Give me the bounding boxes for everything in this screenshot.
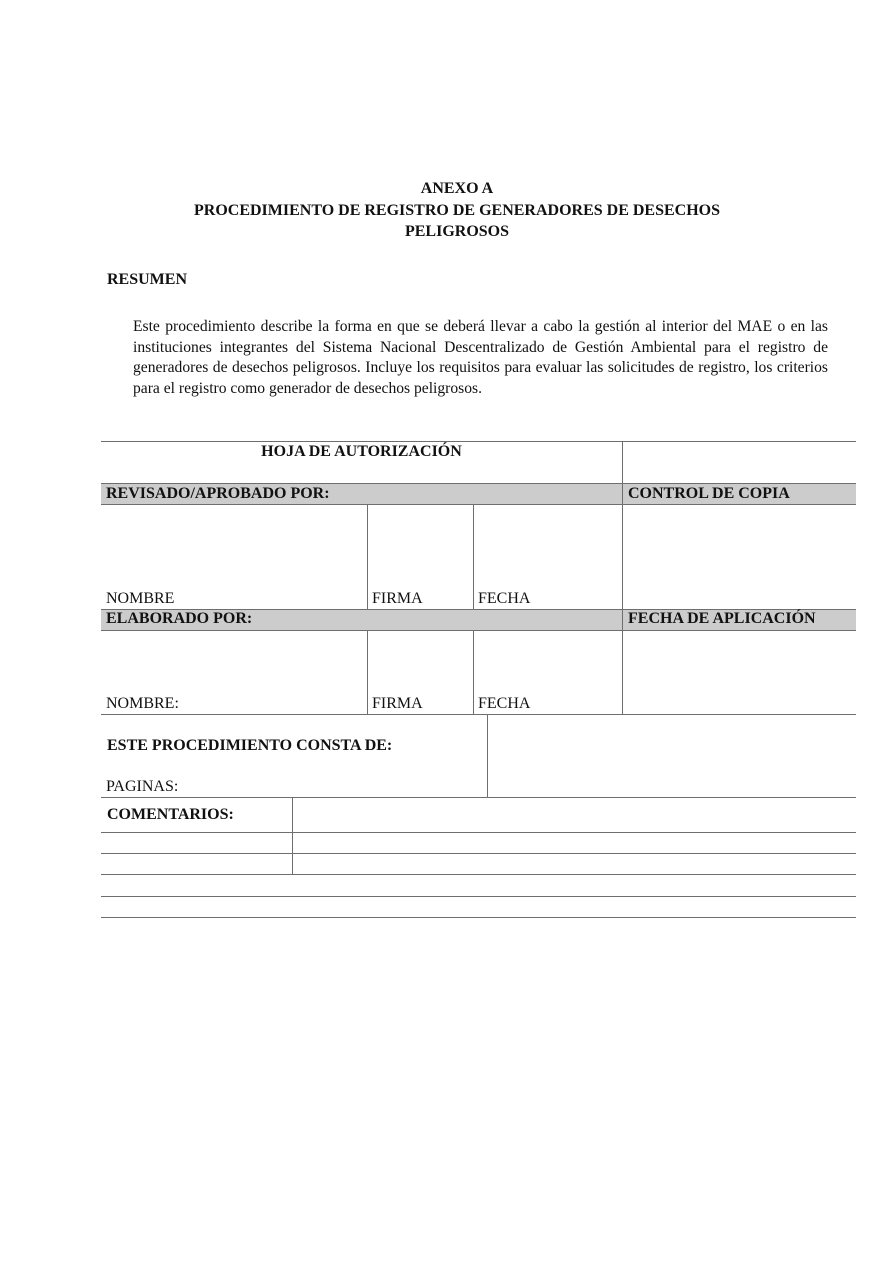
copy-control-label: CONTROL DE COPIA xyxy=(628,485,790,503)
document-title: PROCEDIMIENTO DE REGISTRO DE GENERADORES… xyxy=(0,200,892,221)
form-title: HOJA DE AUTORIZACIÓN xyxy=(101,443,622,461)
pages-field[interactable]: PAGINAS: xyxy=(106,778,178,796)
document-title-continued: PELIGROSOS xyxy=(0,221,892,242)
consists-of-value-field[interactable] xyxy=(488,715,856,797)
summary-heading: RESUMEN xyxy=(107,271,187,289)
application-date-field[interactable] xyxy=(623,631,856,714)
comments-label: COMENTARIOS: xyxy=(107,806,234,824)
summary-text: Este procedimiento describe la forma en … xyxy=(133,317,828,400)
annex-label: ANEXO A xyxy=(0,178,892,199)
reviewed-name-field[interactable]: NOMBRE xyxy=(106,590,174,608)
prepared-name-field[interactable]: NOMBRE: xyxy=(106,695,179,713)
reviewed-signature-field[interactable]: FIRMA xyxy=(372,590,423,608)
comments-field[interactable] xyxy=(293,798,856,917)
copy-control-field[interactable] xyxy=(623,505,856,609)
application-date-label: FECHA DE APLICACIÓN xyxy=(628,610,816,628)
prepared-date-field[interactable]: FECHA xyxy=(478,695,530,713)
prepared-signature-field[interactable]: FIRMA xyxy=(372,695,423,713)
reviewed-section-label: REVISADO/APROBADO POR: xyxy=(106,485,330,503)
prepared-section-label: ELABORADO POR: xyxy=(106,610,252,628)
reviewed-date-field[interactable]: FECHA xyxy=(478,590,530,608)
consists-of-label: ESTE PROCEDIMIENTO CONSTA DE: xyxy=(107,737,392,755)
